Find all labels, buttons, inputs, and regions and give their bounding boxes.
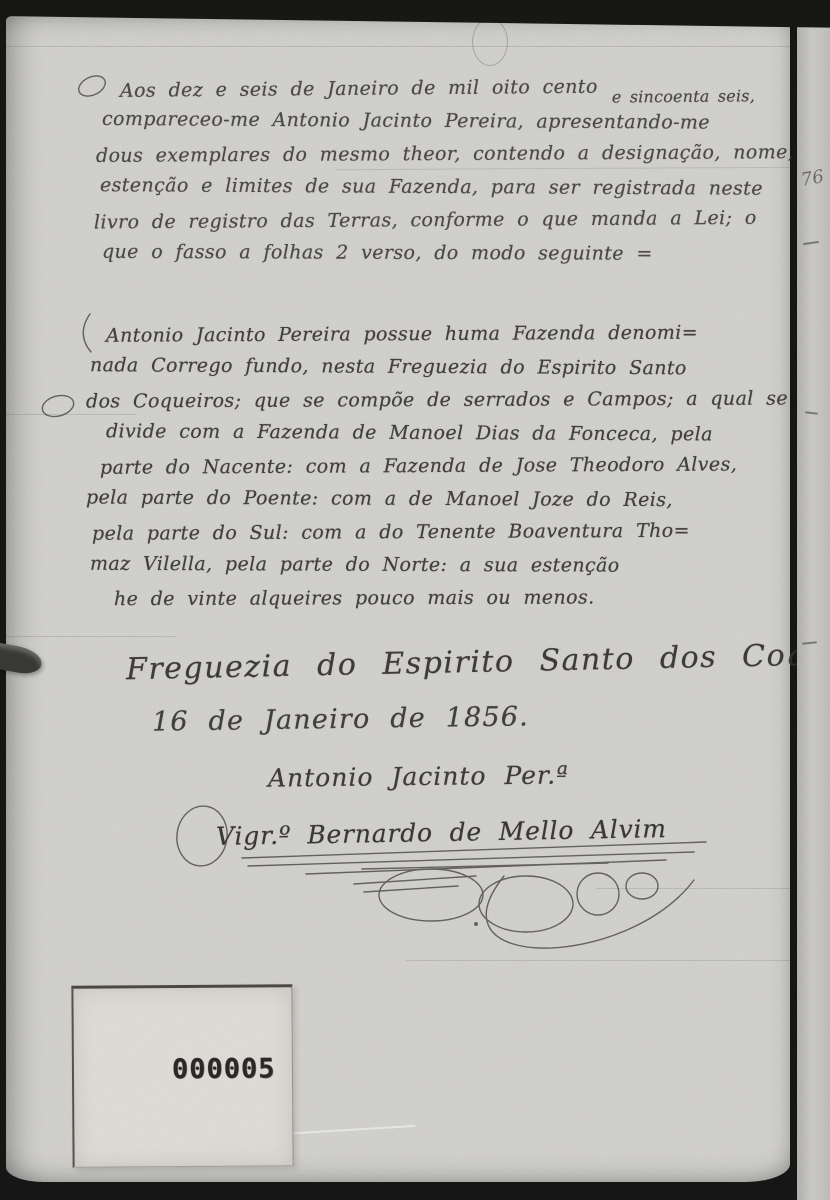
paper-crease xyxy=(596,888,790,889)
paper-crease xyxy=(6,46,790,47)
manuscript-line: maz Vilella, pela parte do Norte: a sua … xyxy=(86,548,788,583)
vicar-name: Bernardo de Mello Alvim xyxy=(307,814,667,849)
manuscript-line: parte do Nacente: com a Fazenda de Jose … xyxy=(86,448,788,485)
closing-place-line: Freguezia do Espirito Santo dos Coqueiro… xyxy=(126,636,830,687)
interline-insert: e sincoenta seis, xyxy=(612,86,755,106)
paper-watermark-oval xyxy=(472,18,508,66)
document-page: Aos dez e seis de Janeiro de mil oito ce… xyxy=(6,16,790,1182)
paper-crease xyxy=(6,636,176,637)
manuscript-line: pela parte do Poente: com a de Manoel Jo… xyxy=(86,481,788,517)
manuscript-line: dous exemplares do mesmo theor, contendo… xyxy=(94,136,794,173)
manuscript-line: nada Corrego fundo, nesta Freguezia do E… xyxy=(86,349,788,386)
manuscript-line: Antonio Jacinto Pereira possue huma Faze… xyxy=(86,316,788,353)
adjacent-page-sliver: 76 xyxy=(797,0,830,1200)
manuscript-line: que o fasso a folhas 2 verso, do modo se… xyxy=(94,236,794,271)
manuscript-line: dos Coqueiros; que se compõe de serrados… xyxy=(86,382,788,418)
manuscript-line: he de vinte alqueires pouco mais ou meno… xyxy=(86,581,788,616)
manuscript-line: livro de registro das Terras, conforme o… xyxy=(94,202,794,240)
declarant-signature: Antonio Jacinto Per.ª xyxy=(268,760,569,792)
ink-bleed-mark xyxy=(803,241,819,245)
manuscript-line: estenção e limites de sua Fazenda, para … xyxy=(94,169,794,206)
archival-label: 000005 xyxy=(71,984,293,1168)
ink-bleed-mark xyxy=(805,411,818,414)
scanned-document: Aos dez e seis de Janeiro de mil oito ce… xyxy=(0,0,830,1200)
manuscript-line: compareceo-me Antonio Jacinto Pereira, a… xyxy=(94,103,794,140)
manuscript-line: pela parte do Sul: com a do Tenente Boav… xyxy=(86,514,788,551)
property-paragraph: Antonio Jacinto Pereira possue huma Faze… xyxy=(86,318,788,615)
vicar-signature: Vigr.ºBernardo de Mello Alvim xyxy=(216,814,667,851)
opening-paragraph: Aos dez e seis de Janeiro de mil oito ce… xyxy=(94,72,794,270)
closing-date-line: 16 de Janeiro de 1856. xyxy=(152,701,529,737)
stamp-number: 000005 xyxy=(172,1053,276,1085)
vicar-title: Vigr.º xyxy=(216,821,292,851)
manuscript-line: Aos dez e seis de Janeiro de mil oito ce… xyxy=(94,69,794,108)
paper-crease xyxy=(406,960,790,961)
manuscript-text: Aos dez e seis de Janeiro de mil oito ce… xyxy=(120,76,598,102)
ink-bleed-mark xyxy=(802,641,817,644)
manuscript-line: divide com a Fazenda de Manoel Dias da F… xyxy=(86,415,788,452)
folio-number: 76 xyxy=(799,166,825,191)
